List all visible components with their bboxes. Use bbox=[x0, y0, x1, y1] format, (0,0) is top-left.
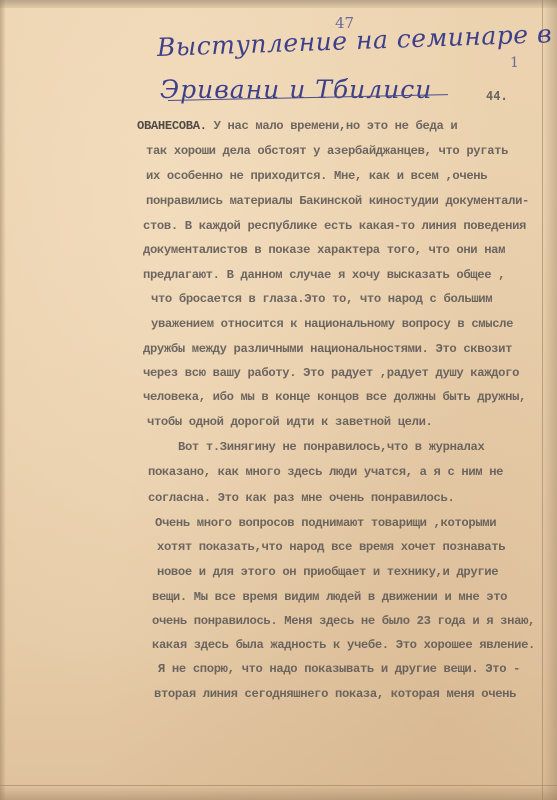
text-line: так хороши дела обстоят у азербайджанцев… bbox=[146, 144, 508, 158]
text-line: чтобы одной дорогой идти к заветной цели… bbox=[147, 415, 433, 429]
text-line-1: ОВАНЕСОВА. У нас мало времени,но это не … bbox=[137, 119, 457, 133]
page-edge-left bbox=[0, 0, 6, 800]
handwritten-mark: 1 bbox=[510, 55, 519, 71]
text-line: человека, ибо мы в конце концов все долж… bbox=[143, 390, 526, 404]
text-line: уважением относится к национальному вопр… bbox=[151, 317, 513, 331]
text-line: согласна. Это как раз мне очень понравил… bbox=[148, 491, 454, 505]
page-edge-top bbox=[0, 0, 557, 8]
text-line: У нас мало времени,но это не беда и bbox=[214, 119, 458, 133]
document-page: 47 Выступление на семинаре в Баку Эриван… bbox=[0, 0, 557, 800]
text-line: хотят показать,что народ все время хочет… bbox=[157, 540, 505, 554]
text-line: документалистов в показе характера того,… bbox=[143, 243, 505, 257]
text-line: стов. В каждой республике есть какая-то … bbox=[143, 219, 526, 233]
text-line: Я не спорю, что надо показывать и другие… bbox=[158, 662, 520, 676]
text-line: очень понравилось. Меня здесь не было 23… bbox=[152, 614, 535, 628]
page-edge-right bbox=[542, 0, 557, 800]
text-line: вторая линия сегодняшнего показа, котора… bbox=[154, 687, 516, 701]
text-line: дружбы между различными национальностями… bbox=[143, 342, 512, 356]
text-line: вещи. Мы все время видим людей в движени… bbox=[152, 590, 507, 604]
text-line: показано, как много здесь люди учатся, а… bbox=[148, 465, 503, 479]
text-line: что бросается в глаза.Это то, что народ … bbox=[151, 292, 492, 306]
text-line: Очень много вопросов поднимают товарищи … bbox=[155, 516, 496, 530]
text-line: новое и для этого он приобщает и технику… bbox=[157, 565, 498, 579]
handwritten-title-line-1: Выступление на семинаре в Баку bbox=[156, 17, 557, 62]
text-line: предлагают. В данном случае я хочу выска… bbox=[143, 268, 505, 282]
speaker-name: ОВАНЕСОВА. bbox=[137, 119, 207, 133]
text-line: какая здесь была жадность к учебе. Это х… bbox=[152, 638, 535, 652]
page-number: 44. bbox=[486, 89, 508, 103]
text-line: понравились материалы Бакинской киностуд… bbox=[146, 194, 529, 208]
text-line: Вот т.Зинягину не понравилось,что в журн… bbox=[178, 440, 484, 454]
text-line: через всю вашу работу. Это радует ,радуе… bbox=[143, 366, 519, 380]
text-line: их особенно не приходится. Мне, как и вс… bbox=[146, 169, 487, 183]
page-edge-bottom bbox=[0, 785, 557, 800]
